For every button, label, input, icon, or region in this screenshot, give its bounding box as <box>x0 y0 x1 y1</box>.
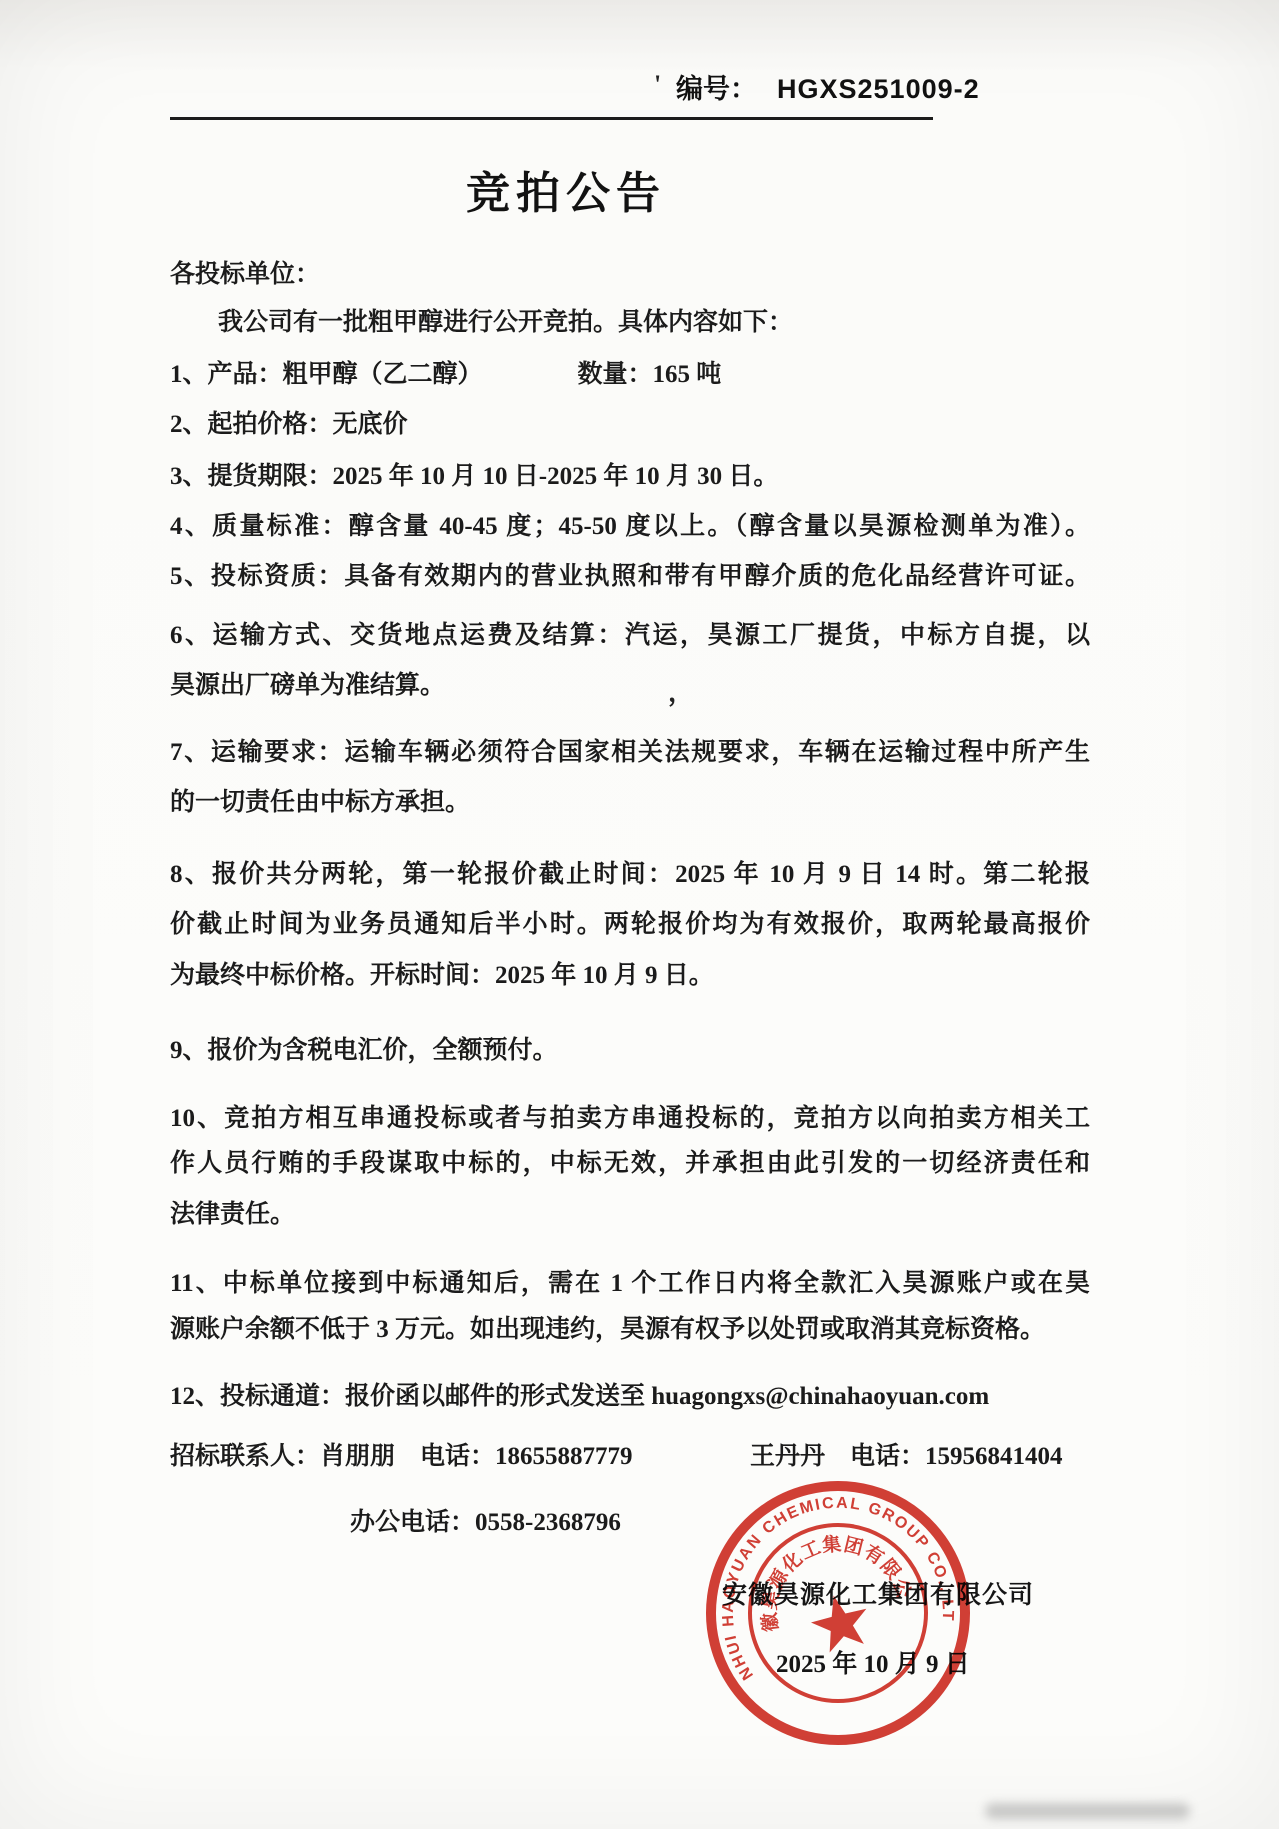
doc-number: 编号：HGXS251009-2 <box>676 72 980 106</box>
body-line: 作人员行贿的手段谋取中标的，中标无效，并承担由此引发的一切经济责任和 <box>170 1139 1090 1189</box>
body-line: 各投标单位： <box>170 250 1090 300</box>
scan-smudge <box>985 1803 1190 1819</box>
body-line: 7、运输要求：运输车辆必须符合国家相关法规要求，车辆在运输过程中所产生 <box>170 728 1090 778</box>
body-line: 4、质量标准：醇含量 40-45 度；45-50 度以上。（醇含量以昊源检测单为… <box>170 502 1090 552</box>
body-line: 10、竞拍方相互串通投标或者与拍卖方串通投标的，竞拍方以向拍卖方相关工 <box>170 1094 1090 1144</box>
office-phone: 办公电话：0558-2368796 <box>350 1498 621 1548</box>
body-line: 12、投标通道：报价函以邮件的形式发送至 huagongxs@chinahaoy… <box>170 1372 1090 1422</box>
doc-number-value: HGXS251009-2 <box>777 74 980 104</box>
body-line: 法律责任。 <box>170 1190 1090 1240</box>
stamp-star-icon <box>806 1589 874 1655</box>
body-line: 9、报价为含税电汇价，全额预付。 <box>170 1026 1090 1076</box>
body-line: 5、投标资质：具备有效期内的营业执照和带有甲醇介质的危化品经营许可证。 <box>170 552 1090 602</box>
body-line: 价截止时间为业务员通知后半小时。两轮报价均为有效报价，取两轮最高报价 <box>170 900 1090 950</box>
contact-primary: 招标联系人：肖朋朋 电话：18655887779 <box>170 1443 633 1470</box>
body-line: 2、起拍价格：无底价 <box>170 400 1090 450</box>
body-line: 11、中标单位接到中标通知后，需在 1 个工作日内将全款汇入昊源账户或在昊 <box>170 1259 1090 1309</box>
body-line: 6、运输方式、交货地点运费及结算：汽运，昊源工厂提货，中标方自提，以 <box>170 611 1090 661</box>
body-line: 我公司有一批粗甲醇进行公开竞拍。具体内容如下： <box>170 298 1138 348</box>
body-line: 为最终中标价格。开标时间：2025 年 10 月 9 日。 <box>170 951 1090 1001</box>
body-line: 源账户余额不低于 3 万元。如出现违约，昊源有权予以处罚或取消其竞标资格。 <box>170 1305 1090 1355</box>
scan-artifact-comma: ， <box>668 672 694 709</box>
scan-artifact-mark: ' <box>654 70 661 100</box>
doc-number-label: 编号： <box>676 74 757 104</box>
svg-text:ANHUI HAOYUAN CHEMICAL GROUP C: ANHUI HAOYUAN CHEMICAL GROUP CO., LTD. <box>695 1470 964 1685</box>
body-line: 1、产品：粗甲醇（乙二醇）数量：165 吨 <box>170 350 1090 400</box>
stamp-arc-text-en: ANHUI HAOYUAN CHEMICAL GROUP CO., LTD. <box>695 1470 964 1685</box>
body-line-part: 1、产品：粗甲醇（乙二醇） <box>170 361 483 388</box>
body-line: 昊源出厂磅单为准结算。 <box>170 661 1090 711</box>
body-line: 8、报价共分两轮，第一轮报价截止时间：2025 年 10 月 9 日 14 时。… <box>170 850 1090 900</box>
page-title: 竞拍公告 <box>170 168 962 220</box>
document-page: 编号：HGXS251009-2 ' 竞拍公告 各投标单位：我公司有一批粗甲醇进行… <box>0 0 1279 1829</box>
body-line: 的一切责任由中标方承担。 <box>170 778 1090 828</box>
header-rule <box>170 117 933 120</box>
body-line: 3、提货期限：2025 年 10 月 10 日-2025 年 10 月 30 日… <box>170 452 1090 502</box>
body-line-part: 数量：165 吨 <box>578 361 722 388</box>
